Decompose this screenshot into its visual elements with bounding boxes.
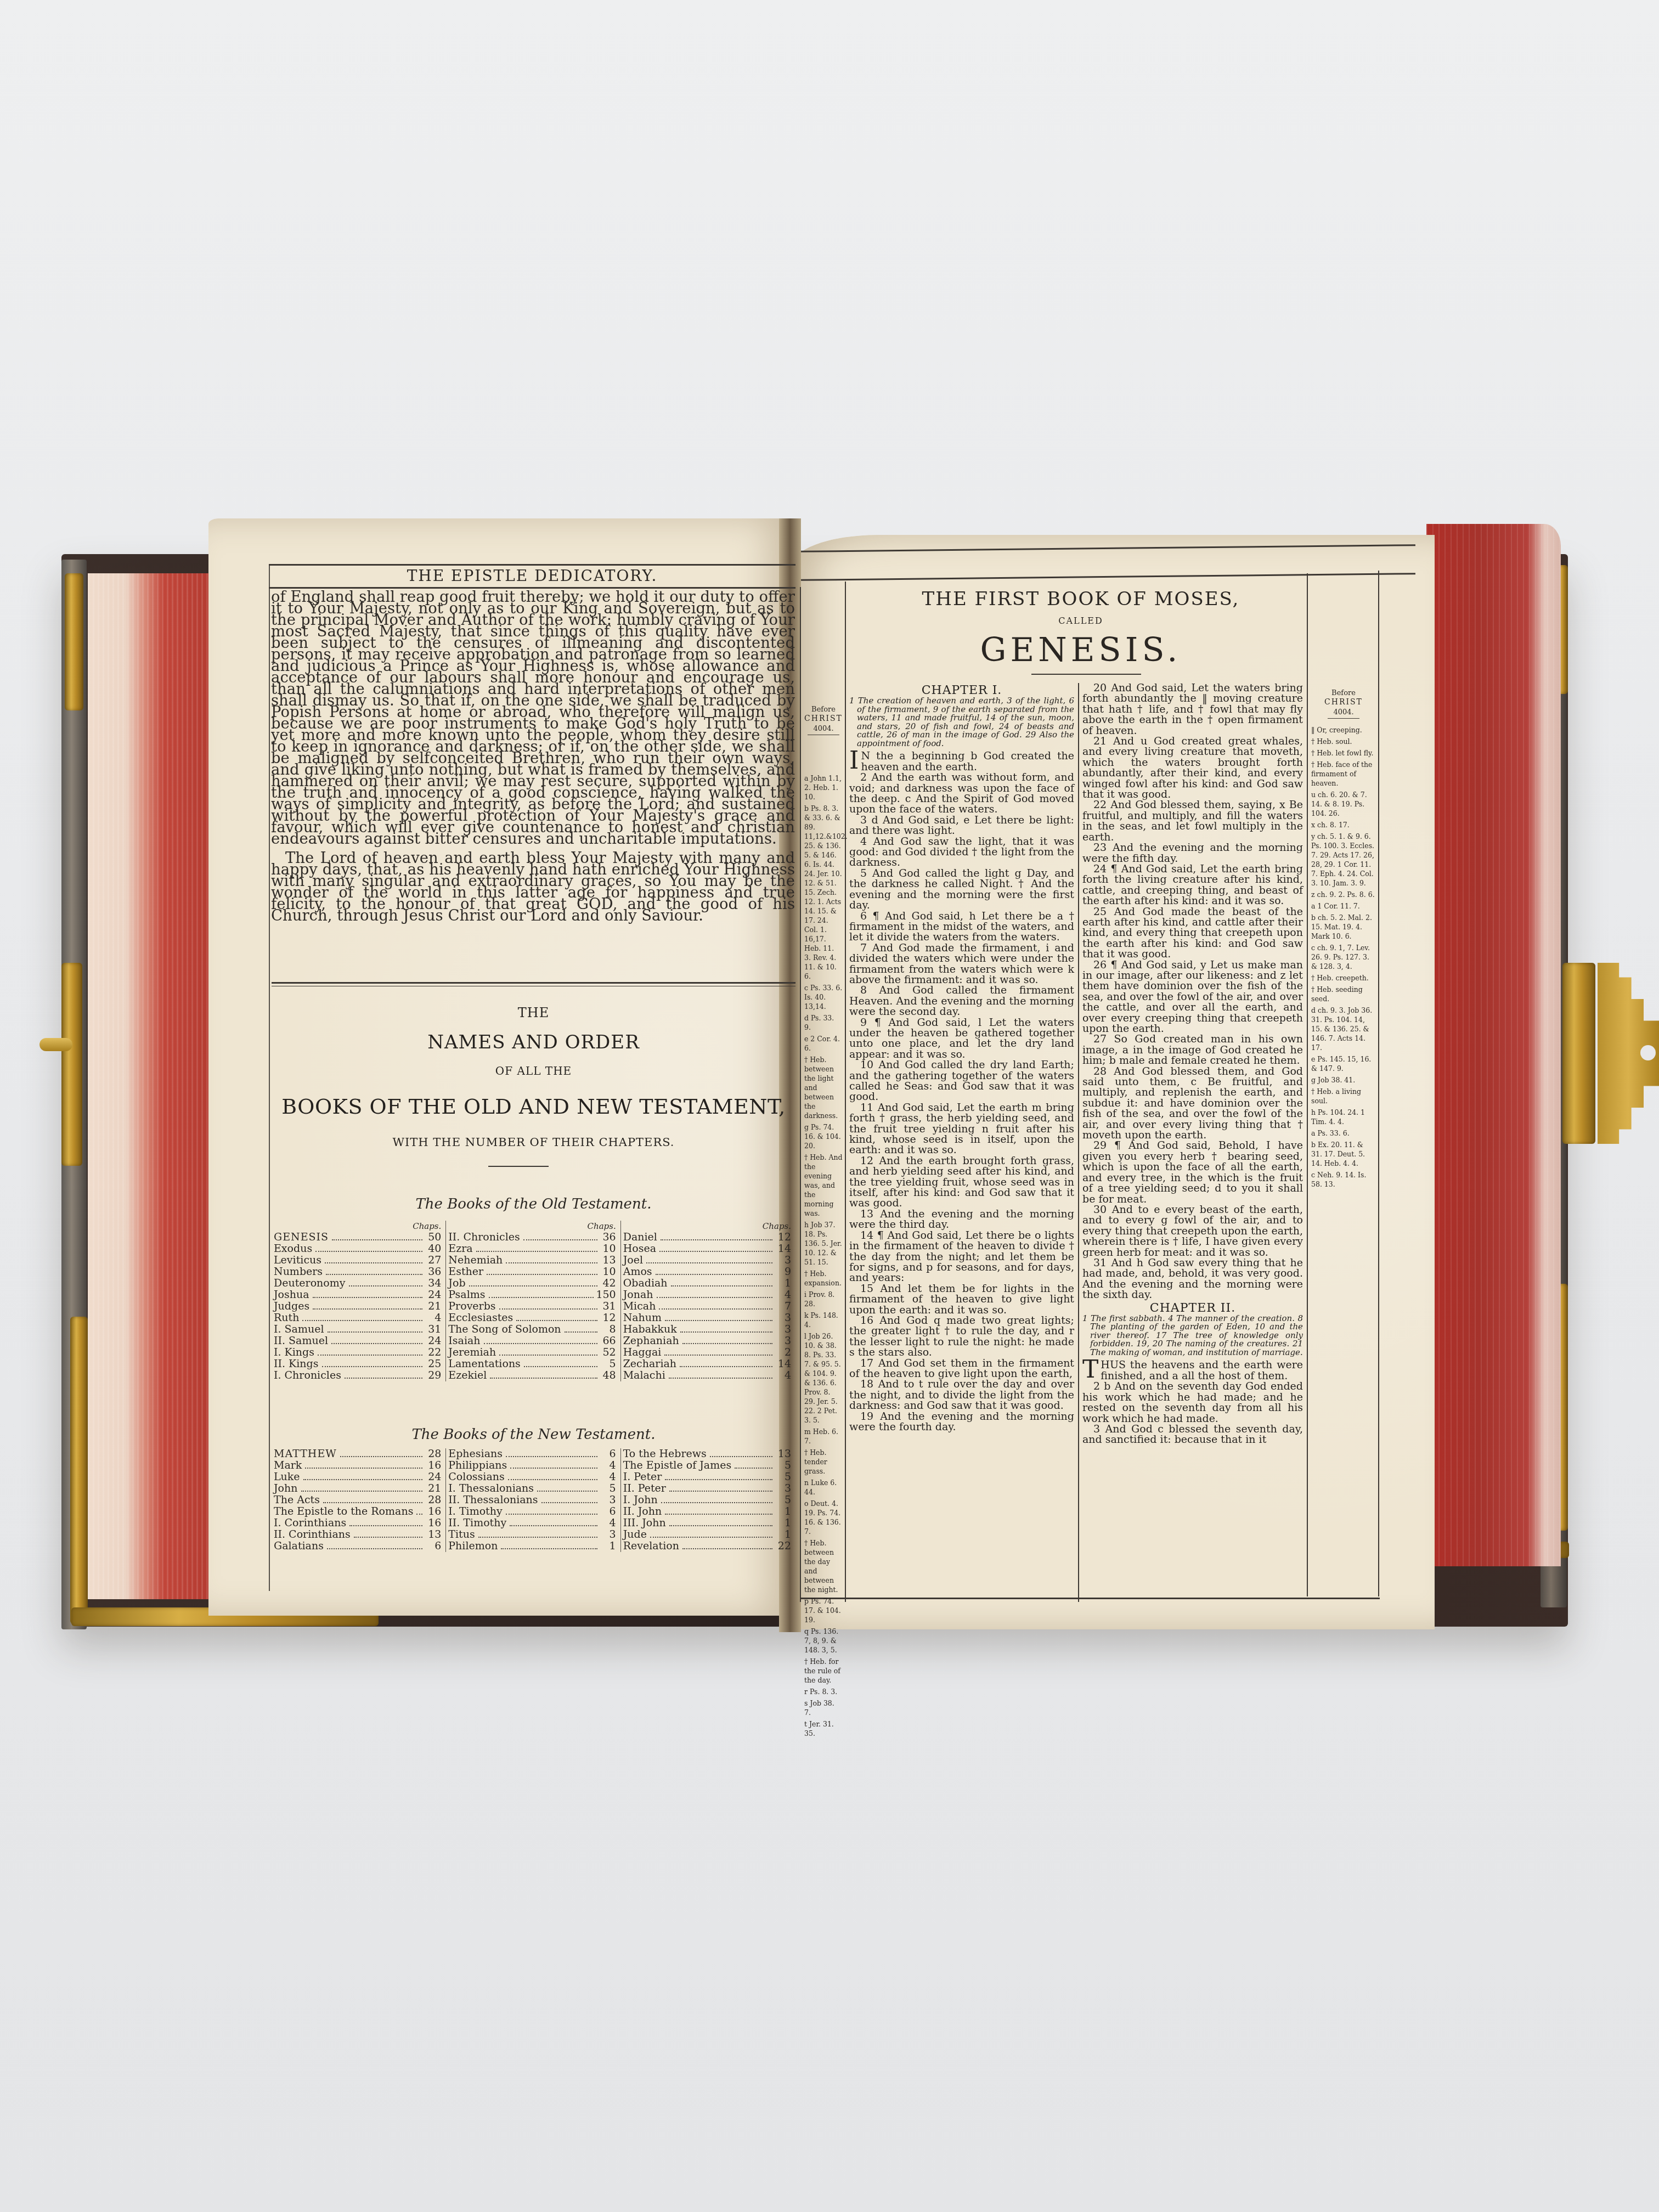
genesis-column-1: CHAPTER I. 1 The creation of heaven and … — [849, 683, 1074, 1432]
left-margin-references: Before CHRIST 4004. a John 1.1, 2. Heb. … — [804, 705, 843, 1740]
books-column: Chaps.GENESIS50Exodus40Leviticus27Number… — [272, 1221, 446, 1381]
epistle-paragraph: of England shall reap good fruit thereby… — [271, 591, 795, 845]
book-row: I. Thessalonians5 — [448, 1483, 616, 1494]
book-name: GENESIS — [274, 1232, 329, 1243]
short-rule — [488, 1166, 549, 1167]
margin-notes-list: ‖ Or, creeping.† Heb. soul.† Heb. let fo… — [1311, 725, 1376, 1189]
dot-leader — [665, 1320, 772, 1321]
book-row: Ezekiel48 — [448, 1370, 616, 1381]
margin-note: g Ps. 74. 16. & 104. 20. — [804, 1122, 843, 1150]
verse: 5 And God called the light g Day, and th… — [849, 868, 1074, 911]
dot-leader — [669, 1525, 772, 1526]
chapter-count: 3 — [775, 1255, 791, 1266]
brass-clasp-hinge-right — [1562, 963, 1595, 1144]
chapter-count: 12 — [775, 1232, 791, 1243]
column-rule — [1078, 683, 1079, 1602]
chapter-count: 4 — [775, 1289, 791, 1301]
book-name: Malachi — [623, 1370, 665, 1381]
dot-leader — [523, 1239, 597, 1240]
names-title-line: NAMES AND ORDER — [272, 1031, 795, 1053]
new-testament-title: The Books of the New Testament. — [272, 1426, 795, 1443]
dot-leader — [499, 1355, 597, 1356]
book-row: Esther10 — [448, 1266, 616, 1278]
dot-leader — [524, 1366, 597, 1367]
book-name: II. Kings — [274, 1358, 319, 1370]
chapter-count: 5 — [775, 1494, 791, 1506]
book-name: Joshua — [274, 1289, 309, 1301]
book-row: I. John5 — [623, 1494, 791, 1506]
dot-leader — [328, 1331, 423, 1333]
book-name: I. Corinthians — [274, 1517, 346, 1529]
chapter-count: 1 — [775, 1517, 791, 1529]
brass-clasp-hinge-left — [61, 963, 82, 1166]
chapter-count: 27 — [425, 1255, 441, 1266]
book-row: Job42 — [448, 1278, 616, 1289]
book-row: II. John1 — [623, 1506, 791, 1517]
margin-note: † Heb. seeding seed. — [1311, 985, 1376, 1003]
names-title-line: OF ALL THE — [272, 1064, 795, 1077]
margin-note: z ch. 9. 2. Ps. 8. 6. — [1311, 890, 1376, 899]
book-row: Nehemiah13 — [448, 1255, 616, 1266]
margin-note: x ch. 8. 17. — [1311, 820, 1376, 830]
dot-leader — [301, 1491, 423, 1492]
dot-leader — [478, 1537, 597, 1538]
genesis-column-2: 20 And God said, Let the waters bring fo… — [1082, 683, 1303, 1446]
dot-leader — [499, 1308, 597, 1310]
chapter-count: 31 — [425, 1324, 441, 1335]
margin-note: † Heb. between the light and between the… — [804, 1055, 843, 1120]
chapter-count: 3 — [775, 1324, 791, 1335]
chapter-count: 22 — [425, 1347, 441, 1358]
margin-note: g Job 38. 41. — [1311, 1075, 1376, 1085]
chapter-count: 34 — [425, 1278, 441, 1289]
margin-note: a Ps. 33. 6. — [1311, 1128, 1376, 1138]
margin-note: † Heb. between the day and between the n… — [804, 1538, 843, 1594]
chapter-count: 4 — [775, 1370, 791, 1381]
margin-note: i Prov. 8. 28. — [804, 1290, 843, 1308]
chapter-count: 13 — [775, 1448, 791, 1460]
column-rule — [845, 582, 846, 1602]
book-name: Titus — [448, 1529, 475, 1541]
verse: 15 And let them be for lights in the fir… — [849, 1284, 1074, 1316]
book-row: Ecclesiastes12 — [448, 1312, 616, 1324]
chapter-count: 24 — [425, 1471, 441, 1483]
book-name: To the Hebrews — [623, 1448, 707, 1460]
verse: 13 And the evening and the morning were … — [849, 1209, 1074, 1231]
book-row: The Song of Solomon8 — [448, 1324, 616, 1335]
book-row: Philippians4 — [448, 1460, 616, 1471]
verse: 21 And u God created great whales, and e… — [1082, 736, 1303, 800]
book-row: II. Corinthians13 — [274, 1529, 441, 1541]
dot-leader — [484, 1343, 597, 1344]
chapter-count: 5 — [600, 1483, 616, 1494]
dot-leader — [671, 1285, 772, 1286]
book-name: Ecclesiastes — [448, 1312, 513, 1324]
margin-note: h Ps. 104. 24. 1 Tim. 4. 4. — [1311, 1108, 1376, 1126]
book-row: Psalms150 — [448, 1289, 616, 1301]
margin-note: r Ps. 8. 3. — [804, 1687, 843, 1696]
chapter-summary: 1 The first sabbath. 4 The manner of the… — [1082, 1314, 1303, 1357]
dot-leader — [659, 1308, 772, 1310]
before-christ-date: Before CHRIST 4004. — [1311, 689, 1376, 719]
book-name: Deuteronomy — [274, 1278, 346, 1289]
chapter-count: 12 — [600, 1312, 616, 1324]
margin-note: q Ps. 136. 7, 8, 9. & 148. 3, 5. — [804, 1627, 843, 1655]
chapter-count: 6 — [600, 1506, 616, 1517]
chapter-count: 36 — [425, 1266, 441, 1278]
dot-leader — [325, 1262, 422, 1263]
margin-note: † Heb. a living soul. — [1311, 1087, 1376, 1105]
chapter-count: 6 — [600, 1448, 616, 1460]
page-edges-right-red-gilt — [1426, 524, 1561, 1566]
dot-leader — [305, 1468, 422, 1469]
book-name: Luke — [274, 1471, 300, 1483]
chapter-count: 14 — [775, 1243, 791, 1255]
dot-leader — [541, 1502, 597, 1503]
book-row: I. Timothy6 — [448, 1506, 616, 1517]
book-name: II. Peter — [623, 1483, 666, 1494]
book-name: Galatians — [274, 1541, 324, 1552]
books-column: Chaps.Daniel12Hosea14Joel3Amos9Obadiah1J… — [621, 1221, 795, 1381]
book-row: II. Kings25 — [274, 1358, 441, 1370]
margin-note: b Ex. 20. 11. & 31. 17. Deut. 5. 14. Heb… — [1311, 1140, 1376, 1168]
dot-leader — [710, 1456, 772, 1457]
book-name: I. Peter — [623, 1471, 662, 1483]
verse: 7 And God made the firmament, i and divi… — [849, 943, 1074, 986]
book-row: Daniel12 — [623, 1232, 791, 1243]
dot-leader — [318, 1355, 422, 1356]
book-row: Mark16 — [274, 1460, 441, 1471]
margin-note: † Heb. expansion. — [804, 1269, 843, 1288]
margin-note: p Ps. 74. 17. & 104. 19. — [804, 1596, 843, 1624]
chapter-count: 4 — [425, 1312, 441, 1324]
book-row: GENESIS50 — [274, 1232, 441, 1243]
chapter-count: 24 — [425, 1335, 441, 1347]
book-name: Obadiah — [623, 1278, 668, 1289]
books-column: Chaps.II. Chronicles36Ezra10Nehemiah13Es… — [446, 1221, 620, 1381]
book-row: Jeremiah52 — [448, 1347, 616, 1358]
dot-leader — [661, 1239, 772, 1240]
book-name: Ezekiel — [448, 1370, 487, 1381]
margin-note: t Jer. 31. 35. — [804, 1719, 843, 1738]
chapter-count: 6 — [425, 1541, 441, 1552]
book-name: Habakkuk — [623, 1324, 677, 1335]
margin-note: b ch. 5. 2. Mal. 2. 15. Mat. 19. 4. Mark… — [1311, 913, 1376, 941]
chapter-count: 21 — [425, 1301, 441, 1312]
book-name: Zechariah — [623, 1358, 676, 1370]
book-row: Amos9 — [623, 1266, 791, 1278]
book-row: Deuteronomy34 — [274, 1278, 441, 1289]
section-divider — [272, 986, 795, 986]
book-name: Nehemiah — [448, 1255, 503, 1266]
before-christ-date: Before CHRIST 4004. — [804, 705, 843, 735]
brass-corner-left-top — [65, 573, 83, 710]
dot-leader — [489, 1297, 594, 1298]
chapter-count: 28 — [425, 1494, 441, 1506]
clasp-pin-icon — [39, 1038, 72, 1051]
dot-leader — [656, 1274, 772, 1275]
dot-leader — [469, 1285, 597, 1286]
dot-leader — [565, 1331, 597, 1333]
verse: 19 And the evening and the morning were … — [849, 1412, 1074, 1433]
verse: 23 And the evening and the morning were … — [1082, 843, 1303, 864]
book-name: Isaiah — [448, 1335, 480, 1347]
book-name: The Acts — [274, 1494, 320, 1506]
books-column: MATTHEW28Mark16Luke24John21The Acts28The… — [272, 1448, 446, 1552]
dot-leader — [313, 1308, 422, 1310]
margin-note: h Job 37. 18. Ps. 136. 5. Jer. 10. 12. &… — [804, 1220, 843, 1267]
book-row: John21 — [274, 1483, 441, 1494]
dot-leader — [506, 1514, 597, 1515]
chapter-count: 36 — [600, 1232, 616, 1243]
margin-note: s Job 38. 7. — [804, 1699, 843, 1717]
book-name: Esther — [448, 1266, 483, 1278]
book-name: II. Chronicles — [448, 1232, 520, 1243]
book-title-genesis: GENESIS. — [848, 631, 1314, 669]
margin-note: y ch. 5. 1. & 9. 6. Ps. 100. 3. Eccles. … — [1311, 832, 1376, 888]
dot-leader — [665, 1514, 772, 1515]
book-name: Lamentations — [448, 1358, 521, 1370]
book-title-line: CALLED — [848, 616, 1314, 626]
dot-leader — [322, 1366, 423, 1367]
book-name: I. Timothy — [448, 1506, 502, 1517]
chapter-count: 48 — [600, 1370, 616, 1381]
book-row: The Epistle of James5 — [623, 1460, 791, 1471]
margin-note: † Heb. face of the firmament of heaven. — [1311, 760, 1376, 788]
dot-leader — [659, 1251, 772, 1252]
book-row: I. Chronicles29 — [274, 1370, 441, 1381]
dot-leader — [349, 1285, 423, 1286]
running-header: THE EPISTLE DEDICATORY. — [269, 565, 795, 587]
book-name: Judges — [274, 1301, 309, 1312]
book-row: Ephesians6 — [448, 1448, 616, 1460]
book-name: Jeremiah — [448, 1347, 496, 1358]
book-name: II. Thessalonians — [448, 1494, 538, 1506]
book-name: MATTHEW — [274, 1448, 337, 1460]
dot-leader — [326, 1274, 422, 1275]
verse-list: THUS the heavens and the earth were fini… — [1082, 1360, 1303, 1445]
title-rule — [1031, 674, 1141, 675]
book-name: Mark — [274, 1460, 302, 1471]
margin-note: n Luke 6. 44. — [804, 1478, 843, 1497]
dot-leader — [315, 1251, 422, 1252]
dot-leader — [664, 1355, 772, 1356]
verse: 31 And h God saw every thing that he had… — [1082, 1258, 1303, 1301]
margin-note: † Heb. tender grass. — [804, 1448, 843, 1476]
book-row: Habakkuk3 — [623, 1324, 791, 1335]
margin-note: a 1 Cor. 11. 7. — [1311, 901, 1376, 911]
margin-note: o Deut. 4. 19. Ps. 74. 16. & 136. 7. — [804, 1499, 843, 1536]
book-row: Zephaniah3 — [623, 1335, 791, 1347]
book-name: II. Timothy — [448, 1517, 506, 1529]
names-title-line: BOOKS OF THE OLD AND NEW TESTAMENT, — [272, 1094, 795, 1119]
dot-leader — [657, 1297, 772, 1298]
verse-list: 20 And God said, Let the waters bring fo… — [1082, 683, 1303, 1301]
dot-leader — [506, 1262, 597, 1263]
book-name: III. John — [623, 1517, 666, 1529]
books-column: Ephesians6Philippians4Colossians4I. Thes… — [446, 1448, 620, 1552]
book-row: Jude1 — [623, 1529, 791, 1541]
book-row: I. Peter5 — [623, 1471, 791, 1483]
book-name: The Song of Solomon — [448, 1324, 561, 1335]
dot-leader — [332, 1239, 422, 1240]
verse: THUS the heavens and the earth were fini… — [1082, 1360, 1303, 1381]
verse: IN the a beginning b God created the hea… — [849, 751, 1074, 772]
clasp-keyhole-icon — [1640, 1045, 1656, 1060]
books-column: To the Hebrews13The Epistle of James5I. … — [621, 1448, 795, 1552]
brass-corner-left-bottom — [70, 1317, 88, 1624]
book-row: I. Samuel31 — [274, 1324, 441, 1335]
book-name: Amos — [623, 1266, 652, 1278]
book-row: Jonah4 — [623, 1289, 791, 1301]
names-title-line: THE — [272, 1005, 795, 1020]
dot-leader — [682, 1343, 772, 1344]
dot-leader — [416, 1514, 422, 1515]
book-row: Malachi4 — [623, 1370, 791, 1381]
verse: 14 ¶ And God said, Let there be o lights… — [849, 1231, 1074, 1284]
margin-note: c ch. 9. 1, 7. Lev. 26. 9. Ps. 127. 3. &… — [1311, 943, 1376, 971]
chaps-label: Chaps. — [623, 1221, 791, 1232]
book-row: I. Corinthians16 — [274, 1517, 441, 1529]
book-name: Joel — [623, 1255, 643, 1266]
book-name: John — [274, 1483, 298, 1494]
verse: 25 And God made the beast of the earth a… — [1082, 907, 1303, 960]
chapter-count: 66 — [600, 1335, 616, 1347]
margin-note: e 2 Cor. 4. 6. — [804, 1034, 843, 1053]
verse: 28 And God blessed them, and God said un… — [1082, 1066, 1303, 1141]
chapter-count: 40 — [425, 1243, 441, 1255]
verse: 29 ¶ And God said, Behold, I have given … — [1082, 1141, 1303, 1204]
chapter-count: 1 — [775, 1529, 791, 1541]
verse: 3 d And God said, e Let there be light: … — [849, 815, 1074, 837]
book-row: MATTHEW28 — [274, 1448, 441, 1460]
verse: 20 And God said, Let the waters bring fo… — [1082, 683, 1303, 736]
verse: 2 And the earth was without form, and vo… — [849, 772, 1074, 815]
verse: 12 And the earth brought forth grass, an… — [849, 1156, 1074, 1209]
chapter-count: 9 — [775, 1266, 791, 1278]
book-name: II. Corinthians — [274, 1529, 351, 1541]
margin-note: † Heb. let fowl fly. — [1311, 748, 1376, 758]
margin-note: a John 1.1, 2. Heb. 1. 10. — [804, 774, 843, 802]
chaps-label: Chaps. — [448, 1221, 616, 1232]
book-name: Exodus — [274, 1243, 312, 1255]
chapter-heading: CHAPTER II. — [1082, 1303, 1303, 1313]
verse: 26 ¶ And God said, y Let us make man in … — [1082, 960, 1303, 1035]
book-row: III. John1 — [623, 1517, 791, 1529]
book-name: Proverbs — [448, 1301, 495, 1312]
column-rule — [1307, 573, 1308, 1596]
chapter-count: 31 — [600, 1301, 616, 1312]
chapter-count: 4 — [600, 1517, 616, 1529]
book-row: I. Kings22 — [274, 1347, 441, 1358]
verse: 4 And God saw the light, that it was goo… — [849, 837, 1074, 868]
dot-leader — [331, 1343, 422, 1344]
verse: 3 And God c blessed the seventh day, and… — [1082, 1424, 1303, 1446]
book-name: I. Chronicles — [274, 1370, 341, 1381]
book-row: Numbers36 — [274, 1266, 441, 1278]
book-name: I. Kings — [274, 1347, 314, 1358]
chapter-count: 16 — [425, 1460, 441, 1471]
book-name: Psalms — [448, 1289, 485, 1301]
chapter-count: 52 — [600, 1347, 616, 1358]
book-name: I. Samuel — [274, 1324, 324, 1335]
margin-note: † Heb. creepeth. — [1311, 973, 1376, 983]
chapter-count: 10 — [600, 1243, 616, 1255]
verse: 16 And God q made two great lights; the … — [849, 1316, 1074, 1358]
book-name: Jude — [623, 1529, 647, 1541]
book-name: II. John — [623, 1506, 662, 1517]
dot-leader — [510, 1525, 597, 1526]
margin-note: ‖ Or, creeping. — [1311, 725, 1376, 735]
book-row: II. Chronicles36 — [448, 1232, 616, 1243]
book-row: Philemon1 — [448, 1541, 616, 1552]
dot-leader — [506, 1456, 597, 1457]
names-title-line: WITH THE NUMBER OF THEIR CHAPTERS. — [272, 1136, 795, 1149]
book-row: II. Thessalonians3 — [448, 1494, 616, 1506]
book-row: Colossians4 — [448, 1471, 616, 1483]
column-rule — [1378, 571, 1379, 1596]
verse: 10 And God called the dry land Earth; an… — [849, 1060, 1074, 1103]
dot-leader — [516, 1320, 597, 1321]
dot-leader — [313, 1297, 423, 1298]
book-name: Jonah — [623, 1289, 653, 1301]
dot-leader — [490, 1378, 597, 1379]
epistle-paragraph: The Lord of heaven and earth bless Your … — [271, 853, 795, 922]
chapter-count: 7 — [775, 1301, 791, 1312]
verse: 11 And God said, Let the earth m bring f… — [849, 1103, 1074, 1156]
dot-leader — [508, 1479, 597, 1480]
book-row: Luke24 — [274, 1471, 441, 1483]
chaps-label: Chaps. — [274, 1221, 441, 1232]
chapter-count: 50 — [425, 1232, 441, 1243]
book-row: II. Peter3 — [623, 1483, 791, 1494]
chapter-count: 24 — [425, 1289, 441, 1301]
chapter-count: 25 — [425, 1358, 441, 1370]
chapter-count: 5 — [775, 1460, 791, 1471]
book-name: Philemon — [448, 1541, 498, 1552]
chapter-count: 21 — [425, 1483, 441, 1494]
margin-note: † Heb. soul. — [1311, 737, 1376, 746]
dot-leader — [682, 1548, 772, 1549]
verse: 22 And God blessed them, saying, x Be fr… — [1082, 800, 1303, 843]
dot-leader — [345, 1378, 422, 1379]
book-row: II. Timothy4 — [448, 1517, 616, 1529]
margin-note: k Ps. 148. 4. — [804, 1311, 843, 1329]
dot-leader — [303, 1479, 423, 1480]
dot-leader — [661, 1502, 772, 1503]
book-name: I. John — [623, 1494, 658, 1506]
margin-notes-list: a John 1.1, 2. Heb. 1. 10.b Ps. 8. 3. & … — [804, 774, 843, 1738]
dot-leader — [323, 1502, 422, 1503]
book-row: Galatians6 — [274, 1541, 441, 1552]
dot-leader — [354, 1537, 423, 1538]
book-row: Zechariah14 — [623, 1358, 791, 1370]
book-row: Leviticus27 — [274, 1255, 441, 1266]
margin-note: l Job 26. 10. & 38. 8. Ps. 33. 7. & 95. … — [804, 1331, 843, 1425]
verse: 9 ¶ And God said, l Let the waters under… — [849, 1018, 1074, 1060]
dot-leader — [537, 1491, 597, 1492]
book-row: Micah7 — [623, 1301, 791, 1312]
chapter-count: 16 — [425, 1517, 441, 1529]
verse: 17 And God set them in the firmament of … — [849, 1358, 1074, 1380]
book-row: The Acts28 — [274, 1494, 441, 1506]
dot-leader — [680, 1331, 772, 1333]
chapter-count: 14 — [775, 1358, 791, 1370]
book-name: Hosea — [623, 1243, 656, 1255]
book-row: Revelation22 — [623, 1541, 791, 1552]
margin-note: d ch. 9. 3. Job 36. 31. Ps. 104. 14, 15.… — [1311, 1006, 1376, 1052]
book-row: Lamentations5 — [448, 1358, 616, 1370]
